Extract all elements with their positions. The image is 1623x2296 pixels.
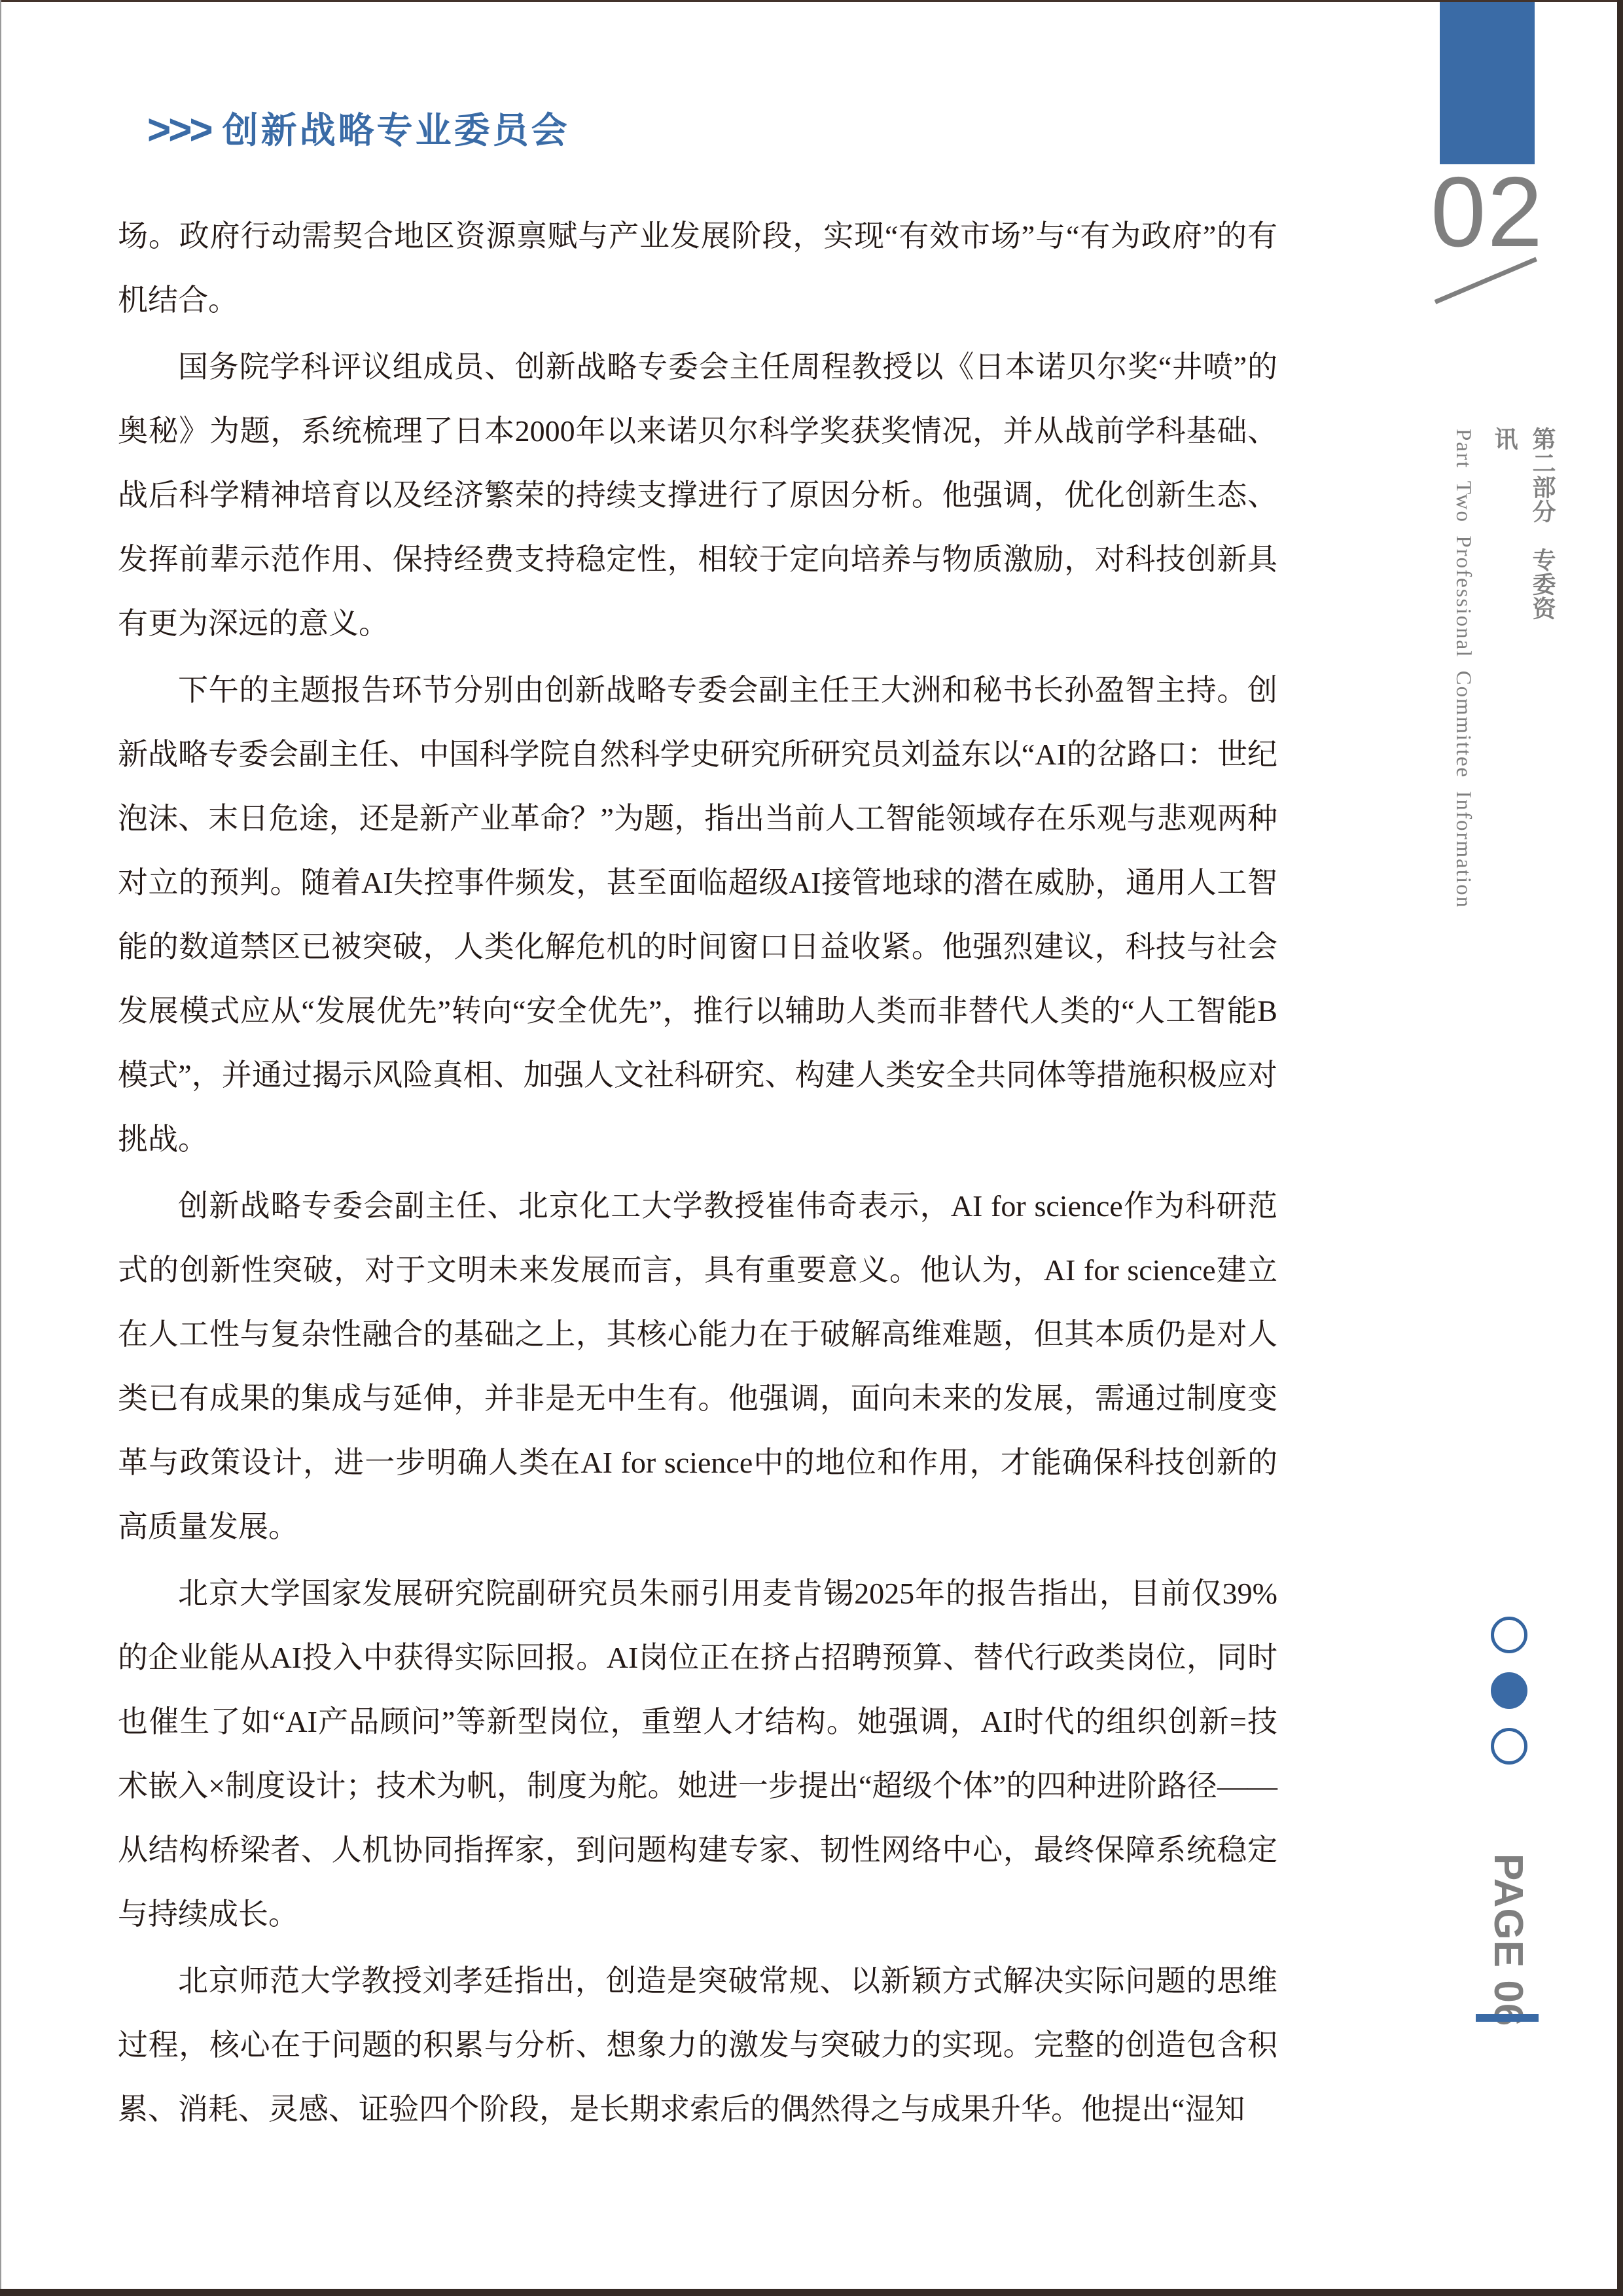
page-title: 创新战略专业委员会	[223, 113, 570, 149]
page-edge-left	[0, 0, 1, 2296]
pager-dot	[1491, 1617, 1527, 1653]
body-paragraph: 下午的主题报告环节分别由创新战略专委会副主任王大洲和秘书长孙盈智主持。创新战略专…	[118, 658, 1277, 1172]
body-paragraph: 北京大学国家发展研究院副研究员朱丽引用麦肯锡2025年的报告指出，目前仅39%的…	[118, 1562, 1277, 1946]
page-number-label: PAGE 06	[1487, 1854, 1529, 2017]
body-paragraph: 国务院学科评议组成员、创新战略专委会主任周程教授以《日本诺贝尔奖“井喷”的奥秘》…	[118, 335, 1277, 656]
page-edge-top	[0, 0, 1623, 2]
sidebar-top-blue-bar	[1440, 2, 1535, 164]
body-paragraph: 场。政府行动需契合地区资源禀赋与产业发展阶段，实现“有效市场”与“有为政府”的有…	[118, 204, 1277, 332]
section-title-en: Part Two Professional Committee Informat…	[1450, 429, 1476, 1057]
chevrons-icon: >>>	[147, 109, 211, 151]
page-edge-right	[1617, 0, 1623, 2296]
body-paragraph: 北京师范大学教授刘孝廷指出，创造是突破常规、以新颖方式解决实际问题的思维过程，核…	[118, 1949, 1277, 2142]
page-edge-bottom	[0, 2289, 1623, 2296]
section-title-cn: 第二部分 专委资讯	[1486, 427, 1561, 643]
body-paragraph: 创新战略专委会副主任、北京化工大学教授崔伟奇表示，AI for science作…	[118, 1174, 1277, 1559]
article-body: 场。政府行动需契合地区资源禀赋与产业发展阶段，实现“有效市场”与“有为政府”的有…	[118, 204, 1277, 2144]
pager-dot-current	[1491, 1672, 1527, 1709]
pager-dots	[1491, 1617, 1527, 1765]
section-number: 02	[1431, 162, 1542, 262]
page-header: >>> 创新战略专业委员会	[147, 110, 570, 151]
page-number-underline	[1476, 2014, 1539, 2022]
pager-dot	[1491, 1728, 1527, 1765]
